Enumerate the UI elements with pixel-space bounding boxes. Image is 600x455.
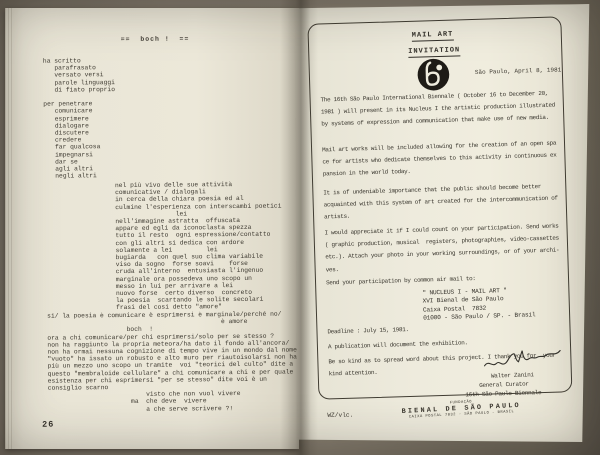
letter-title-mail-art: MAIL ART bbox=[412, 31, 454, 42]
deadline-line: Deadline : July 15, 1981. bbox=[327, 324, 409, 339]
letter-paragraph-1: The 16th São Paulo International Biennal… bbox=[320, 88, 555, 132]
mailing-address-block: " NUCLEUS I - MAIL ART " XVI Bienal de S… bbox=[422, 286, 535, 323]
poem-stanza-middle: nel più vivo delle sue attività comunica… bbox=[115, 181, 282, 312]
poem-stanza-bottom: si/ la poesia è comunicare è esprimersi … bbox=[47, 310, 297, 413]
letter-paragraph-2: Mail art works will be included allowing… bbox=[322, 138, 557, 182]
letter-paragraph-4: I would appreciate it if I could count o… bbox=[324, 221, 559, 277]
bienal-b-logo-icon bbox=[416, 58, 450, 92]
letterhead-footer: FUNDAÇÃO BIENAL DE SÃO PAULO CAIXA POSTA… bbox=[371, 396, 552, 421]
page-number: 26 bbox=[42, 420, 54, 430]
letter-title-invitation: INVITATION bbox=[408, 46, 460, 58]
poem-stanza-top: ha scritto parafrasato versato versi par… bbox=[43, 57, 116, 180]
signer-name: Walter Zanini bbox=[491, 371, 534, 379]
letter-frame: MAIL ART INVITATION São Paulo, April 8, … bbox=[307, 16, 572, 399]
right-page: MAIL ART INVITATION São Paulo, April 8, … bbox=[294, 4, 593, 444]
signer-title: General Curator bbox=[479, 380, 529, 388]
handwritten-signature bbox=[482, 348, 563, 372]
left-page-content: == boch ! == ha scritto parafrasato vers… bbox=[3, 6, 301, 450]
dateline: São Paulo, April 8, 1981 bbox=[475, 66, 562, 76]
publication-line: A publication will document the exhibiti… bbox=[328, 337, 468, 353]
letter-paragraph-3: It is of undeniable importance that the … bbox=[323, 181, 558, 225]
poem-heading: == boch ! == bbox=[121, 35, 190, 43]
typist-reference: WZ/vlc. bbox=[327, 412, 353, 419]
open-book-photo: == boch ! == ha scritto parafrasato vers… bbox=[0, 0, 600, 455]
left-page: == boch ! == ha scritto parafrasato vers… bbox=[5, 8, 299, 449]
